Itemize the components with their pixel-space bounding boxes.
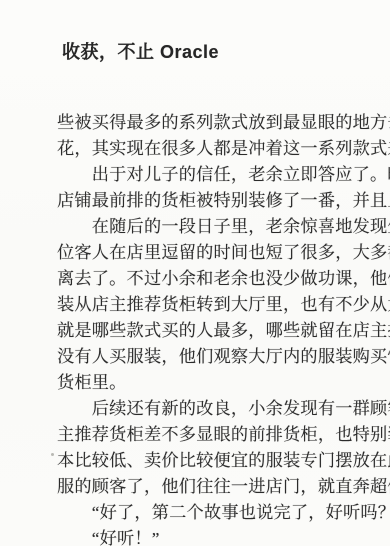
text-line: 花，其实现在很多人都是冲着这一系列款式来 xyxy=(57,136,390,162)
text-line: “好了，第二个故事也说完了，好听吗？ xyxy=(57,500,390,526)
text-line: 没有人买服装，他们观察大厅内的服装购买情 xyxy=(57,344,390,370)
text-line: 装从店主推荐货柜转到大厅里，也有不少从大 xyxy=(57,292,390,318)
text-line: 店铺最前排的货柜被特别装修了一番，并且上 xyxy=(57,188,390,214)
text-line: 在随后的一段日子里，老余惊喜地发现生 xyxy=(57,214,390,240)
scanned-book-page: 收获，不止 Oracle 些被买得最多的系列款式放到最显眼的地方去花，其实现在很… xyxy=(0,0,390,546)
text-line: 位客人在店里逗留的时间也短了很多，大多都 xyxy=(57,240,390,266)
body-text: 些被买得最多的系列款式放到最显眼的地方去花，其实现在很多人都是冲着这一系列款式来… xyxy=(57,110,390,546)
text-line: 货柜里。 xyxy=(57,370,390,396)
chapter-title: 收获，不止 Oracle xyxy=(62,43,219,62)
text-line: 主推荐货柜差不多显眼的前排货柜，也特别装 xyxy=(57,422,390,448)
text-line: 离去了。不过小余和老余也没少做功课，他们 xyxy=(57,266,390,292)
text-line: “好听！” xyxy=(57,526,390,546)
text-line: 出于对儿子的信任，老余立即答应了。晚 xyxy=(57,162,390,188)
text-line: 本比较低、卖价比较便宜的服装专门摆放在此 xyxy=(57,448,390,474)
text-line: 就是哪些款式买的人最多，哪些就留在店主推 xyxy=(57,318,390,344)
text-line: 些被买得最多的系列款式放到最显眼的地方去 xyxy=(57,110,390,136)
scan-speck-artifact xyxy=(51,453,54,456)
text-line: 后续还有新的改良，小余发现有一群顾客 xyxy=(57,396,390,422)
text-line: 服的顾客了，他们往往一进店门，就直奔超值 xyxy=(57,474,390,500)
